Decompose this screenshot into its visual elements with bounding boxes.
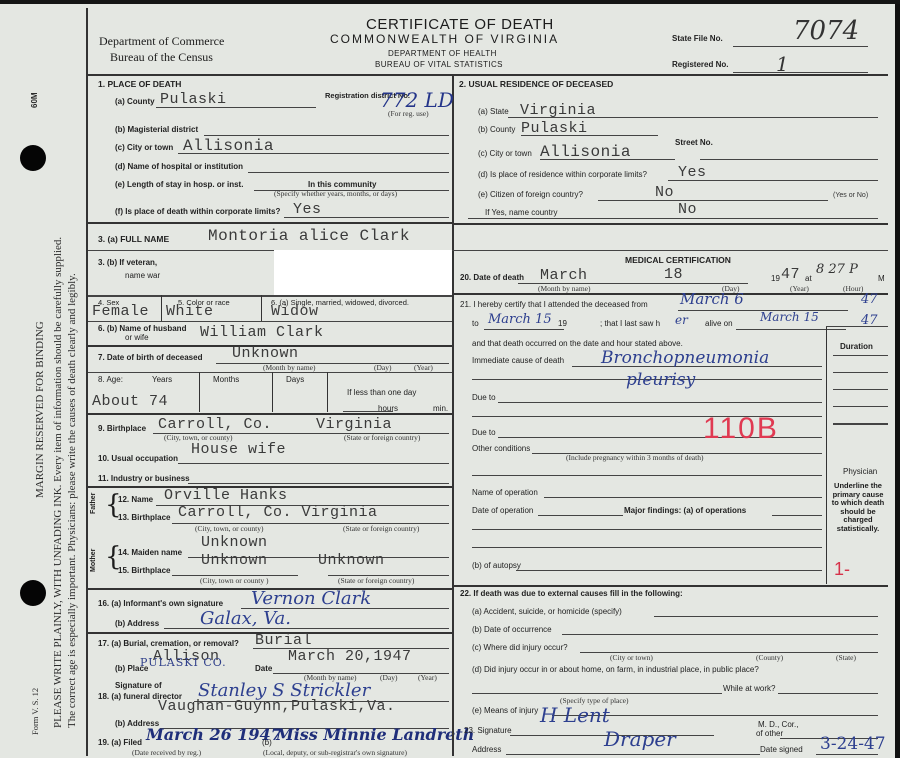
death-month: March <box>540 267 588 284</box>
father-city-note: (City, town, or county) <box>195 524 263 533</box>
occupation-value: House wife <box>191 441 286 458</box>
other-conditions-label: Other conditions <box>472 444 530 453</box>
mother-state-note: (State or foreign country) <box>338 576 414 585</box>
page-edge <box>895 0 900 758</box>
dob-label: 7. Date of birth of deceased <box>98 353 202 362</box>
burial-day-note: (Day) <box>380 673 398 682</box>
where-city-note: (City or town) <box>610 653 653 662</box>
birthplace-label: 9. Birthplace <box>98 424 146 433</box>
commonwealth-title: COMMONWEALTH OF VIRGINIA <box>330 32 559 46</box>
physician-label: Physician <box>843 467 877 476</box>
last-saw-label: ; that I last saw h <box>600 319 660 328</box>
occurrence-label: (b) Date of occurrence <box>472 625 552 634</box>
burial-place-overwrite: PULASKI CO. <box>140 656 227 669</box>
city-value: Allisonia <box>183 137 274 155</box>
hospital-label: (d) Name of hospital or institution <box>115 162 243 171</box>
occurred-label: and that death occurred on the date and … <box>472 339 683 348</box>
birthplace-state: Virginia <box>316 416 392 433</box>
marital-value: Widow <box>271 303 319 320</box>
industry-label: 11. Industry or business <box>98 474 190 483</box>
page-top-edge <box>0 0 900 4</box>
binding-hole-top <box>20 145 46 171</box>
burial-value: Burial <box>255 632 312 649</box>
stock-code: 60M <box>30 92 39 108</box>
veteran-label: 3. (b) If veteran, <box>98 258 157 267</box>
residence-heading: 2. USUAL RESIDENCE OF DECEASED <box>459 79 613 89</box>
registrar-note: (Local, deputy, or sub-registrar's own s… <box>263 748 407 757</box>
injury-place-label: (d) Did injury occur in or about home, o… <box>472 665 759 674</box>
birthplace-city: Carroll, Co. <box>158 416 272 433</box>
means-label: (e) Means of injury <box>472 706 538 715</box>
corporate-label: (f) Is place of death within corporate l… <box>115 207 280 216</box>
death-date-label: 20. Date of death <box>460 273 524 282</box>
pregnancy-note: (Include pregnancy within 3 months of de… <box>566 453 703 462</box>
attended-from: March 6 <box>680 290 744 308</box>
death-year-prefix: 19 <box>771 274 780 283</box>
autopsy-label: (b) of autopsy <box>472 561 521 570</box>
registrar-signature: Miss Minnie Landreth <box>276 725 474 744</box>
res-city-label: (c) City or town <box>478 149 532 158</box>
mother-city-note: (City, town or county ) <box>200 576 268 585</box>
form-number: Form V. S. 12 <box>30 688 40 735</box>
informant-signature: Vernon Clark <box>251 588 371 609</box>
certificate-title: CERTIFICATE OF DEATH <box>366 16 554 33</box>
res-county-value: Pulaski <box>521 120 588 137</box>
immediate-cause: Bronchopneumonia <box>601 348 769 368</box>
citizen-label: (e) Citizen of foreign country? <box>478 190 583 199</box>
country-label: If Yes, name country <box>485 208 558 217</box>
spouse-label: 6. (b) Name of husband <box>98 324 186 333</box>
mother-name-label: 14. Maiden name <box>118 548 182 557</box>
where-label: (c) Where did injury occur? <box>472 643 568 652</box>
death-day: 18 <box>664 266 683 283</box>
informant-sig-label: 16. (a) Informant's own signature <box>98 599 223 608</box>
due-to-label-2: Due to <box>472 428 496 437</box>
external-heading: 22. If death was due to external causes … <box>460 589 683 598</box>
stay-label: (e) Length of stay in hosp. or inst. <box>115 180 243 189</box>
mother-tag: Mother <box>90 549 97 572</box>
spouse-value: William Clark <box>200 324 324 341</box>
reg-use-note: (For reg. use) <box>388 109 429 118</box>
to-label: to <box>472 319 479 328</box>
accident-label: (a) Accident, suicide, or homicide (spec… <box>472 607 622 616</box>
at-work-label: While at work? <box>723 684 775 693</box>
due-to-label: Due to <box>472 393 496 402</box>
father-state-note: (State or foreign country) <box>343 524 419 533</box>
attended-to: March 15 <box>488 312 552 327</box>
funeral-sig-label-1: Signature of <box>115 681 162 690</box>
informant-address-label: (b) Address <box>115 619 159 628</box>
dob-value: Unknown <box>232 345 299 362</box>
age-value: About 74 <box>92 393 168 410</box>
registered-label: Registered No. <box>672 60 728 69</box>
date-signed-label: Date signed <box>760 745 803 754</box>
physician-address: Draper <box>604 727 676 751</box>
other-sig-label: of other <box>756 729 783 738</box>
sex-value: Female <box>92 303 149 320</box>
birthplace-state-note: (State or foreign country) <box>344 433 420 442</box>
war-label: name war <box>125 271 160 280</box>
immediate-cause-label: Immediate cause of death <box>472 356 564 365</box>
yes-no-note: (Yes or No) <box>833 192 868 199</box>
spouse-label-2: or wife <box>125 333 149 342</box>
county-label: (a) County <box>115 97 155 106</box>
department-health: DEPARTMENT OF HEALTH <box>388 49 497 58</box>
city-label: (c) City or town <box>115 143 173 152</box>
race-value: White <box>166 303 214 320</box>
code-stamp: 110B <box>703 412 779 446</box>
dob-year-note: (Year) <box>414 363 433 372</box>
date-signed-value: 3-24-47 <box>820 734 886 754</box>
res-corporate-label: (d) Is place of residence within corpora… <box>478 170 647 179</box>
redacted-block <box>274 250 452 295</box>
dob-month-note: (Month by name) <box>263 363 316 372</box>
death-year-note: (Year) <box>790 284 809 293</box>
months-label: Months <box>213 375 239 384</box>
informant-address: Galax, Va. <box>200 608 291 629</box>
mother-birth-city: Unknown <box>201 552 268 569</box>
operation-label: Name of operation <box>472 488 538 497</box>
last-saw-pronoun: er <box>675 313 688 327</box>
days-label: Days <box>286 375 304 384</box>
binding-hole-bottom <box>20 580 46 606</box>
filed-label: 19. (a) Filed <box>98 738 142 747</box>
death-month-note: (Month by name) <box>538 284 591 293</box>
citizen-value: No <box>655 184 674 201</box>
instruction-line-2: The correct age is especially important.… <box>66 273 78 728</box>
death-hour: 8 27 P <box>816 262 858 277</box>
where-county-note: (County) <box>756 653 783 662</box>
occupation-label: 10. Usual occupation <box>98 454 178 463</box>
registered-number: 1 <box>776 52 789 76</box>
street-label: Street No. <box>675 138 705 147</box>
magisterial-label: (b) Magisterial district <box>115 125 198 134</box>
full-name-label: 3. (a) FULL NAME <box>98 234 169 244</box>
years-label: Years <box>152 375 172 384</box>
father-tag: Father <box>90 493 97 514</box>
filed-note: (Date received by reg.) <box>132 748 201 757</box>
attended-from-year: 47 <box>861 292 878 307</box>
min-label: min. <box>433 404 448 413</box>
medical-heading: MEDICAL CERTIFICATION <box>625 255 731 265</box>
res-state-label: (a) State <box>478 107 509 116</box>
certificate-paper: 60M MARGIN RESERVED FOR BINDING PLEASE W… <box>0 0 895 758</box>
burial-date-value: March 20,1947 <box>288 648 412 665</box>
at-label: at <box>805 274 812 283</box>
funeral-address-value: Vaughan-Guynn,Pulaski,Va. <box>158 698 396 715</box>
to-year-prefix: 19 <box>558 319 567 328</box>
alive-label: alive on <box>705 319 733 328</box>
burial-date-label: Date <box>255 664 272 673</box>
corporate-value: Yes <box>293 201 322 218</box>
country-value: No <box>678 201 697 218</box>
state-file-label: State File No. <box>672 34 723 43</box>
binding-margin-label: MARGIN RESERVED FOR BINDING <box>34 321 46 498</box>
physician-signature: H Lent <box>540 703 610 727</box>
certify-label: 21. I hereby certify that I attended the… <box>460 300 648 309</box>
burial-year-note: (Year) <box>418 673 437 682</box>
specify-note: (Specify whether years, months, or days) <box>274 189 397 198</box>
res-county-label: (b) County <box>478 125 515 134</box>
due-to-cause: pleurisy <box>626 370 695 390</box>
community-label: In this community <box>308 180 376 189</box>
instruction-line-1: PLEASE WRITE PLAINLY, WITH UNFADING INK.… <box>52 237 64 728</box>
res-state-value: Virginia <box>520 102 596 119</box>
op-date-label: Date of operation <box>472 506 533 515</box>
father-name-label: 12. Name <box>118 495 153 504</box>
findings-label: Major findings: (a) of operations <box>624 506 746 515</box>
dob-day-note: (Day) <box>374 363 392 372</box>
registrar-label: (b) <box>262 738 272 747</box>
alive-value: March 15 <box>760 310 819 324</box>
physician-address-label: Address <box>472 745 501 754</box>
mother-birth-label: 15. Birthplace <box>118 566 170 575</box>
age-label: 8. Age: <box>98 375 123 384</box>
full-name-value: Montoria alice Clark <box>208 227 410 245</box>
m-label: M <box>878 274 885 283</box>
duration-label: Duration <box>840 342 873 351</box>
hours-label: hours <box>378 404 398 413</box>
death-year: 47 <box>781 266 800 283</box>
place-of-death-heading: 1. PLACE OF DEATH <box>98 79 181 89</box>
res-city-value: Allisonia <box>540 143 631 161</box>
underline-note: Underline the primary cause to which dea… <box>830 482 886 534</box>
certificate-form: Department of Commerce Bureau of the Cen… <box>86 8 888 756</box>
underline-mark: 1- <box>834 559 850 580</box>
burial-label: 17. (a) Burial, cremation, or removal? <box>98 639 239 648</box>
father-birth-label: 13. Birthplace <box>118 513 170 522</box>
md-label: M. D., Cor., <box>758 720 798 729</box>
physician-sig-label: 23. Signature <box>464 726 512 735</box>
mother-name-value: Unknown <box>201 534 268 551</box>
bureau-vital: BUREAU OF VITAL STATISTICS <box>375 60 503 69</box>
father-birth-value: Carroll, Co. Virginia <box>178 504 378 521</box>
reg-district-label: Registration district No. <box>325 92 375 100</box>
where-state-note: (State) <box>836 653 856 662</box>
dept-commerce: Department of Commerce <box>99 34 224 49</box>
bureau-census: Bureau of the Census <box>110 50 213 65</box>
state-file-number: 7074 <box>793 16 859 46</box>
father-name-value: Orville Hanks <box>164 487 288 504</box>
county-value: Pulaski <box>160 91 227 108</box>
less-day-label: If less than one day <box>347 388 416 397</box>
mother-birth-state: Unknown <box>318 552 385 569</box>
res-corporate-value: Yes <box>678 164 707 181</box>
